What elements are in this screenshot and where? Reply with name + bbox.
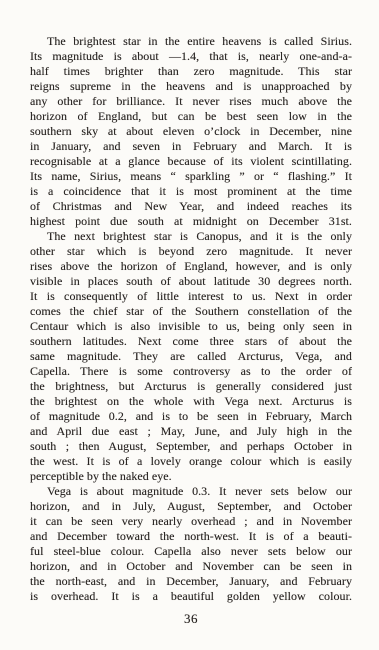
page-number: 36 bbox=[30, 611, 352, 627]
text-line: same magnitude. They are called Arcturus… bbox=[30, 349, 352, 364]
text-line: visible in places south of about latitud… bbox=[30, 274, 352, 289]
text-line: the brightness, but Arcturus is generall… bbox=[30, 379, 352, 394]
text-line: half times brighter than zero magnitude.… bbox=[30, 64, 352, 79]
text-line: It is consequently of little interest to… bbox=[30, 289, 352, 304]
text-line: Its magnitude is about —1.4, that is, ne… bbox=[30, 49, 352, 64]
text-line: any other for brilliance. It never rises… bbox=[30, 94, 352, 109]
text-line: and April due east ; May, June, and July… bbox=[30, 424, 352, 439]
text-line: recognisable at a glance because of its … bbox=[30, 154, 352, 169]
text-line: ful steel-blue colour. Capella also neve… bbox=[30, 544, 352, 559]
text-line: perceptible by the naked eye. bbox=[30, 469, 352, 484]
text-line: is a coincidence that it is most promine… bbox=[30, 184, 352, 199]
text-line: of magnitude 0.2, and is to be seen in F… bbox=[30, 409, 352, 424]
text-line: the north-east, and in December, January… bbox=[30, 574, 352, 589]
text-line: southern latitudes. Next come three star… bbox=[30, 334, 352, 349]
text-line: rises above the horizon of England, howe… bbox=[30, 259, 352, 274]
text-line: is overhead. It is a beautiful golden ye… bbox=[30, 589, 352, 604]
text-line: Capella. There is some controversy as to… bbox=[30, 364, 352, 379]
text-line: south ; then August, September, and perh… bbox=[30, 439, 352, 454]
text-line: of Christmas and New Year, and indeed re… bbox=[30, 199, 352, 214]
text-line: the west. It is of a lovely orange colou… bbox=[30, 454, 352, 469]
text-line: highest point due south at midnight on D… bbox=[30, 214, 352, 229]
paragraph: Vega is about magnitude 0.3. It never se… bbox=[30, 484, 352, 604]
text-line: southern sky at about eleven o’clock in … bbox=[30, 124, 352, 139]
text-line: the brightest on the whole with Vega nex… bbox=[30, 394, 352, 409]
text-line: Centaur which is also invisible to us, b… bbox=[30, 319, 352, 334]
book-page: The brightest star in the entire heavens… bbox=[0, 0, 379, 650]
paragraph: The next brightest star is Canopus, and … bbox=[30, 229, 352, 484]
paragraph: The brightest star in the entire heavens… bbox=[30, 34, 352, 229]
text-line: The next brightest star is Canopus, and … bbox=[30, 229, 352, 244]
text-line: comes the chief star of the Southern con… bbox=[30, 304, 352, 319]
text-line: horizon, and in July, August, September,… bbox=[30, 499, 352, 514]
text-line: horizon, and in October and November can… bbox=[30, 559, 352, 574]
text-line: The brightest star in the entire heavens… bbox=[30, 34, 352, 49]
text-line: in January, and seven in February and Ma… bbox=[30, 139, 352, 154]
text-line: reigns supreme in the heavens and is una… bbox=[30, 79, 352, 94]
text-line: Vega is about magnitude 0.3. It never se… bbox=[30, 484, 352, 499]
text-line: Its name, Sirius, means “ sparkling ” or… bbox=[30, 169, 352, 184]
text-line: other star which is beyond zero magnitud… bbox=[30, 244, 352, 259]
text-line: and December toward the north-west. It i… bbox=[30, 529, 352, 544]
text-block: The brightest star in the entire heavens… bbox=[30, 34, 352, 604]
text-line: it can be seen very nearly overhead ; an… bbox=[30, 514, 352, 529]
text-line: horizon of England, but can be best seen… bbox=[30, 109, 352, 124]
